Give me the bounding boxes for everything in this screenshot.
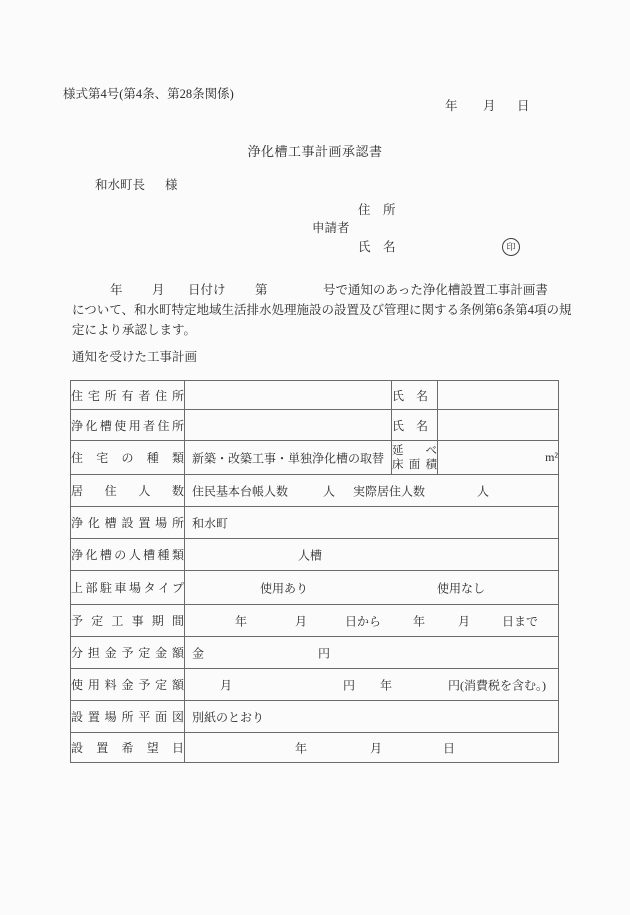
- row-label: 設置場所平面図: [71, 701, 185, 733]
- usage-fee-cell: 月 円 年 円(消費税を含む。): [185, 669, 559, 701]
- table-row-usage-fee: 使用料金予定額 月 円 年 円(消費税を含む。): [71, 669, 559, 701]
- parking-used-option: 使用あり: [260, 579, 308, 596]
- registry-count-unit: 人: [323, 482, 335, 499]
- table-row-work-period: 予定工事期間 年 月 日から 年 月 日まで: [71, 605, 559, 637]
- floor-area-label-line1: 延 べ: [392, 444, 437, 458]
- row-label: 予定工事期間: [71, 605, 185, 637]
- work-period-cell: 年 月 日から 年 月 日まで: [185, 605, 559, 637]
- actual-count-unit: 人: [477, 482, 489, 499]
- attached-sheet-note: 別紙のとおり: [192, 708, 264, 725]
- applicant-name-label: 氏 名: [358, 240, 396, 255]
- amount-unit: 円: [318, 644, 330, 661]
- work-plan-table: 住宅所有者住所 氏 名 浄化槽使用者住所 氏 名 住宅の種類 新築・改築工事・単…: [70, 380, 559, 763]
- yearly-label: 年: [380, 676, 392, 693]
- notice-day-label: 日付け: [188, 280, 226, 298]
- date-day-label: 日: [517, 99, 530, 114]
- table-row-house-type: 住宅の種類 新築・改築工事・単独浄化槽の取替 延 べ 床面積 m²: [71, 441, 559, 475]
- notice-month-label: 月: [152, 280, 165, 298]
- addressee-name: 和水町長: [95, 178, 145, 193]
- row-label: 分担金予定金額: [71, 637, 185, 669]
- house-type-cell: 新築・改築工事・単独浄化槽の取替: [185, 441, 392, 475]
- site-plan-cell: 別紙のとおり: [185, 701, 559, 733]
- table-row-owner-address: 住宅所有者住所 氏 名: [71, 381, 559, 410]
- table-row-parking-type: 上部駐車場タイプ 使用あり 使用なし: [71, 571, 559, 605]
- row-label: 居住人数: [71, 475, 185, 507]
- owner-address-cell: [185, 381, 392, 410]
- notice-number-prefix: 第: [255, 280, 268, 298]
- floor-area-label-line2: 床面積: [392, 458, 437, 472]
- row-label: 住宅所有者住所: [71, 381, 185, 410]
- body-line-3: 定により承認します。: [72, 320, 196, 338]
- desired-year-label: 年: [295, 739, 307, 756]
- table-row-user-address: 浄化槽使用者住所 氏 名: [71, 410, 559, 441]
- date-line: 年 月 日: [0, 99, 630, 114]
- notice-year-label: 年: [110, 280, 123, 298]
- document-page: 様式第4号(第4条、第28条関係) 年 月 日 浄化槽工事計画承認書 和水町長 …: [0, 0, 630, 915]
- start-month-label: 月: [295, 612, 307, 629]
- floor-area-label: 延 べ 床面積: [392, 441, 438, 475]
- end-year-label: 年: [413, 612, 425, 629]
- row-label: 浄化槽使用者住所: [71, 410, 185, 441]
- seal-icon: 印: [502, 238, 520, 256]
- desired-date-cell: 年 月 日: [185, 733, 559, 763]
- body-line-2: について、和水町特定地域生活排水処理施設の設置及び管理に関する条例第6条第4項の…: [72, 300, 572, 318]
- contribution-amount-cell: 金 円: [185, 637, 559, 669]
- row-label: 上部駐車場タイプ: [71, 571, 185, 605]
- cell-value: 新築・改築工事・単独浄化槽の取替: [192, 449, 384, 466]
- install-location-cell: 和水町: [185, 507, 559, 539]
- row-label: 設置希望日: [71, 733, 185, 763]
- actual-count-label: 実際居住人数: [353, 482, 425, 499]
- notice-text: 号で通知のあった浄化槽設置工事計画書: [323, 280, 548, 298]
- table-row-tank-capacity: 浄化槽の人槽種類 人槽: [71, 539, 559, 571]
- page-title: 浄化槽工事計画承認書: [0, 141, 630, 160]
- floor-area-unit: m²: [438, 441, 559, 475]
- owner-name-label: 氏 名: [392, 381, 438, 410]
- monthly-label: 月: [220, 676, 232, 693]
- date-month-label: 月: [483, 99, 496, 114]
- user-name-cell: [438, 410, 559, 441]
- row-label: 浄化槽の人槽種類: [71, 539, 185, 571]
- end-month-label: 月: [458, 612, 470, 629]
- registry-count-label: 住民基本台帳人数: [192, 482, 288, 499]
- desired-month-label: 月: [370, 739, 382, 756]
- table-row-residents: 居住人数 住民基本台帳人数 人 実際居住人数 人: [71, 475, 559, 507]
- addressee-honorific: 様: [165, 178, 178, 193]
- residents-cell: 住民基本台帳人数 人 実際居住人数 人: [185, 475, 559, 507]
- date-year-label: 年: [445, 99, 458, 114]
- row-label: 使用料金予定額: [71, 669, 185, 701]
- table-row-site-plan: 設置場所平面図 別紙のとおり: [71, 701, 559, 733]
- row-label: 浄化槽設置場所: [71, 507, 185, 539]
- table-row-desired-date: 設置希望日 年 月 日: [71, 733, 559, 763]
- start-year-label: 年: [235, 612, 247, 629]
- capacity-unit-label: 人槽: [298, 546, 322, 563]
- tank-capacity-cell: 人槽: [185, 539, 559, 571]
- desired-day-label: 日: [443, 739, 455, 756]
- parking-not-used-option: 使用なし: [437, 579, 485, 596]
- parking-type-cell: 使用あり 使用なし: [185, 571, 559, 605]
- start-day-label: 日から: [345, 612, 381, 629]
- applicant-group-label: 申請者: [312, 221, 350, 236]
- user-name-label: 氏 名: [392, 410, 438, 441]
- owner-name-cell: [438, 381, 559, 410]
- yearly-unit-note: 円(消費税を含む。): [448, 676, 546, 693]
- row-label: 住宅の種類: [71, 441, 185, 475]
- table-row-install-location: 浄化槽設置場所 和水町: [71, 507, 559, 539]
- amount-prefix: 金: [192, 644, 204, 661]
- end-day-label: 日まで: [502, 612, 538, 629]
- user-address-cell: [185, 410, 392, 441]
- location-town: 和水町: [192, 514, 228, 531]
- table-row-contribution-amount: 分担金予定金額 金 円: [71, 637, 559, 669]
- seal-character: 印: [506, 243, 515, 252]
- section-label: 通知を受けた工事計画: [72, 350, 197, 365]
- body-line-1: 年 月 日付け 第 号で通知のあった浄化槽設置工事計画書: [0, 280, 630, 295]
- monthly-unit: 円: [343, 676, 355, 693]
- applicant-address-label: 住 所: [358, 203, 396, 218]
